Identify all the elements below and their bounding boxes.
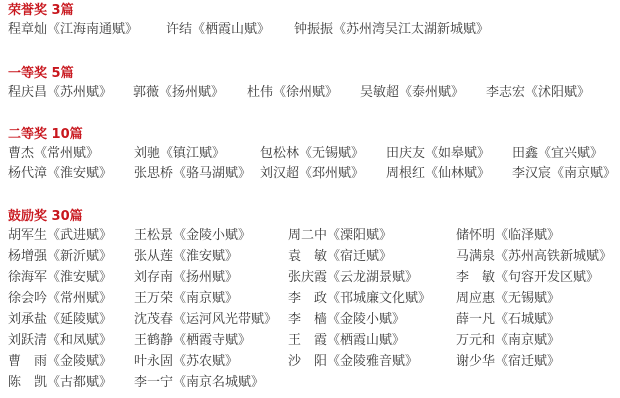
entry: 杨增强《新沂赋》 xyxy=(8,247,112,267)
entry: 程章灿《江海南通赋》 xyxy=(8,20,138,40)
entry: 刘存南《扬州赋》 xyxy=(134,268,238,288)
entry: 薛一凡《石城赋》 xyxy=(456,310,560,330)
entry: 王松景《金陵小赋》 xyxy=(134,226,251,246)
entry: 田庆友《如皋赋》 xyxy=(386,144,490,164)
entry: 曹杰《常州赋》 xyxy=(8,144,99,164)
entry: 胡军生《武进赋》 xyxy=(8,226,112,246)
entry: 叶永固《苏农赋》 xyxy=(134,352,238,372)
entry: 周二中《溧阳赋》 xyxy=(288,226,392,246)
entry: 张庆霞《云龙湖景赋》 xyxy=(288,268,418,288)
entry: 田鑫《宜兴赋》 xyxy=(512,144,603,164)
entry: 陈 凯《古都赋》 xyxy=(8,373,112,393)
entry: 刘承盐《延陵赋》 xyxy=(8,310,112,330)
entry: 钟振振《苏州湾吴江太湖新城赋》 xyxy=(294,20,489,40)
entry: 程庆昌《苏州赋》 xyxy=(8,83,112,103)
entry: 刘跃清《和凤赋》 xyxy=(8,331,112,351)
entry: 周根红《仙林赋》 xyxy=(386,164,490,184)
entry: 沈茂春《运河风光带赋》 xyxy=(134,310,277,330)
entry: 谢少华《宿迁赋》 xyxy=(456,352,560,372)
entry: 王鹤静《栖霞寺赋》 xyxy=(134,331,251,351)
entry: 吴敏超《泰州赋》 xyxy=(360,83,464,103)
entry: 沙 阳《金陵雅音赋》 xyxy=(288,352,418,372)
entry: 徐海军《淮安赋》 xyxy=(8,268,112,288)
entry: 李一宁《南京名城赋》 xyxy=(134,373,264,393)
entry: 郭薇《扬州赋》 xyxy=(133,83,224,103)
entry: 李 敏《句容开发区赋》 xyxy=(456,268,599,288)
entry: 包松林《无锡赋》 xyxy=(260,144,364,164)
entry: 王万荣《南京赋》 xyxy=(134,289,238,309)
section-heading-second-prize: 二等奖 10篇 xyxy=(8,127,83,143)
entry: 徐会吟《常州赋》 xyxy=(8,289,112,309)
entry: 刘汉超《邳州赋》 xyxy=(260,164,364,184)
entry: 张从莲《淮安赋》 xyxy=(134,247,238,267)
entry: 李汉宸《南京赋》 xyxy=(512,164,616,184)
entry: 李 樯《金陵小赋》 xyxy=(288,310,405,330)
section-heading-first-prize: 一等奖 5篇 xyxy=(8,66,74,82)
entry: 杜伟《徐州赋》 xyxy=(247,83,338,103)
entry: 张思桥《骆马湖赋》 xyxy=(134,164,251,184)
section-heading-honor: 荣誉奖 3篇 xyxy=(8,3,74,19)
entry: 杨代漳《淮安赋》 xyxy=(8,164,112,184)
entry: 李志宏《沭阳赋》 xyxy=(486,83,590,103)
entry: 周应惠《无锡赋》 xyxy=(456,289,560,309)
entry: 万元和《南京赋》 xyxy=(456,331,560,351)
entry: 刘驰《镇江赋》 xyxy=(134,144,225,164)
entry: 袁 敏《宿迁赋》 xyxy=(288,247,392,267)
entry: 储怀明《临泽赋》 xyxy=(456,226,560,246)
entry: 曹 雨《金陵赋》 xyxy=(8,352,112,372)
entry: 马满泉《苏州高铁新城赋》 xyxy=(456,247,612,267)
entry: 李 政《邗城廉文化赋》 xyxy=(288,289,431,309)
section-heading-encouragement: 鼓励奖 30篇 xyxy=(8,209,83,225)
entry: 王 霞《栖霞山赋》 xyxy=(288,331,405,351)
entry: 许结《栖霞山赋》 xyxy=(166,20,270,40)
